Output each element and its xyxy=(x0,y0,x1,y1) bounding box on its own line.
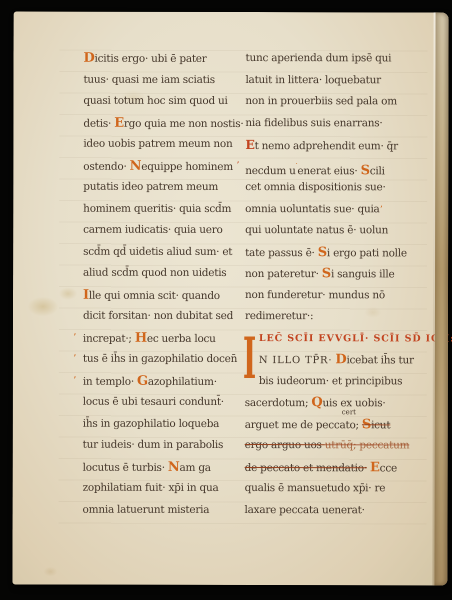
text-line: scd̄m qd̄ uidetis aliud sum· et xyxy=(83,241,235,263)
text-run: non in prouerbiis sed pala om xyxy=(245,95,397,107)
text-line: non pateretur· Si sanguis ille xyxy=(245,263,435,285)
decorated-initial: S xyxy=(322,266,331,281)
decorated-initial: S xyxy=(362,417,371,432)
text-line: aliud scd̄m quod non uidetis xyxy=(83,263,235,285)
page-fore-edge xyxy=(434,12,448,585)
decorated-initial: S xyxy=(318,245,327,260)
text-line: ergo arguo uos utrūq̄; peccatum xyxy=(245,435,435,457)
text-run: ostendo· xyxy=(83,160,129,172)
text-line: qualis ē mansuetudo xp̄i· re xyxy=(245,478,435,500)
manuscript-page: Dicitis ergo· ubi ē patertuus· quasi me … xyxy=(12,12,448,586)
decorated-initial: H xyxy=(135,330,147,345)
text-run: t nemo adprehendit eum· q̄r xyxy=(255,140,398,152)
decorated-initial: G xyxy=(137,373,148,388)
text-run: laxare peccata uenerat· xyxy=(245,504,365,516)
text-line: locus ē ubi tesauri condunt̄· xyxy=(83,392,235,414)
text-run: icitis ergo· ubi ē pater xyxy=(95,53,207,65)
decorated-initial: E xyxy=(114,115,124,130)
text-run: cet omnia dispositionis sue· xyxy=(245,181,385,193)
text-line: N ILLO TP̄R· Dicebat ih̄s tur xyxy=(245,349,435,371)
text-run: hominem queritis· quia scd̄m xyxy=(83,202,231,214)
text-run: cce xyxy=(380,462,397,474)
text-line: redimeretur·: xyxy=(245,306,435,328)
strikethrough-text: ergo arguo uos xyxy=(245,439,325,451)
margin-quote-mark: ʼ xyxy=(73,370,76,392)
text-run: i ergo pati nolle xyxy=(327,247,407,259)
text-line: carnem iudicatis· quia uero xyxy=(83,220,235,242)
margin-quote-mark: ʼ xyxy=(73,327,76,349)
text-run: increpat·; xyxy=(83,332,135,344)
text-line: detis· Ergo quia me non nostis· xyxy=(83,112,235,134)
text-line: tuus· quasi me iam sciatis xyxy=(83,69,235,91)
text-line: Dicitis ergo· ubi ē pater xyxy=(83,48,235,70)
text-run: i sanguis ille xyxy=(331,268,394,280)
text-line: ʼin templo· Gazophilatium· xyxy=(83,370,235,392)
text-run: ec uerba locu xyxy=(147,332,216,344)
text-run: sacerdotum; xyxy=(245,397,312,409)
display-capitals: N ILLO TP̄R· xyxy=(259,355,332,366)
text-line: putatis ideo patrem meum xyxy=(83,177,235,199)
text-run: omnia uoluntatis sue· quia xyxy=(245,203,379,215)
text-run: ideo uobis patrem meum non xyxy=(83,138,232,150)
text-run: ih̄s in gazophilatio loqueba xyxy=(83,417,219,429)
corrector-mark: ʼ xyxy=(380,205,383,215)
text-run: equippe hominem xyxy=(141,160,233,172)
text-run: latuit in littera· loquebatur xyxy=(245,74,380,86)
text-line: omnia uoluntatis sue· quiaʼ xyxy=(245,199,435,221)
decorated-initial: E xyxy=(245,137,254,152)
text-run: arguet me de peccato; xyxy=(245,419,362,431)
text-line: sacerdotum; Quis ex uobis· xyxy=(245,392,435,414)
text-run: nia fidelibus suis enarrans· xyxy=(245,117,382,129)
text-line: tur iudeis· dum in parabolis xyxy=(83,435,235,457)
strikethrough-text: de peccato et mendatio· xyxy=(245,462,367,474)
text-line: hominem queritis· quia scd̄m xyxy=(83,198,235,220)
manuscript-photo: Dicitis ergo· ubi ē patertuus· quasi me … xyxy=(0,0,452,600)
text-line: ostendo· Nequippe hominem xyxy=(83,155,235,177)
text-column-left: Dicitis ergo· ubi ē patertuus· quasi me … xyxy=(83,48,236,521)
text-run: scd̄m qd̄ uidetis aliud sum· et xyxy=(83,245,232,257)
decorated-initial: D xyxy=(83,51,94,66)
text-run: non funderetur· mundus nō xyxy=(245,289,385,301)
decorated-initial: N xyxy=(130,158,142,173)
text-line: tate passus ē· Si ergo pati nolle xyxy=(245,242,435,264)
text-run: putatis ideo patrem meum xyxy=(83,181,218,193)
text-run: lle qui omnia scit· quando xyxy=(89,289,220,301)
text-run: non pateretur· xyxy=(245,268,322,280)
text-line: omnia latuerunt misteria xyxy=(83,499,235,521)
text-line: tunc aperienda dum ipsē qui xyxy=(245,48,435,70)
text-line: laxare peccata uenerat· xyxy=(245,500,435,522)
margin-quote-mark: ʼ xyxy=(73,349,76,371)
text-run: redimeretur·: xyxy=(245,310,313,322)
text-run: aliud scd̄m quod non uidetis xyxy=(83,267,226,279)
text-run: enerat eius· xyxy=(297,165,360,177)
text-run: azophilatium· xyxy=(148,375,217,387)
text-run: tuus· quasi me iam sciatis xyxy=(83,73,214,85)
decorated-initial: N xyxy=(168,459,180,474)
text-line: zophilatiam fuit· xp̄i in qua xyxy=(83,478,235,500)
text-line: qui uoluntate natus ē· uolun xyxy=(245,220,435,242)
text-run: tur iudeis· dum in parabolis xyxy=(83,439,223,451)
text-line: bis iudeorum· et principibus xyxy=(245,371,435,393)
decorated-initial: E xyxy=(370,460,380,475)
text-run: dicit forsitan· non dubitat sed xyxy=(83,310,233,322)
text-line: ʼincrepat·; Hec uerba locu xyxy=(83,327,235,349)
text-run: locutus ē turbis· xyxy=(83,461,168,473)
decorated-initial: Q xyxy=(311,395,322,410)
text-run: carnem iudicatis· quia uero xyxy=(83,224,222,236)
text-line: locutus ē turbis· Nam ga xyxy=(83,456,235,478)
text-run: bis iudeorum· et principibus xyxy=(259,375,402,387)
text-run: quasi totum hoc sim quod ui xyxy=(83,95,227,107)
text-run: icebat ih̄s tur xyxy=(346,354,413,366)
text-run: cili xyxy=(370,165,385,177)
text-run: qui uoluntate natus ē· uolun xyxy=(245,224,388,236)
text-line: ʼtus ē ih̄s in gazophilatio docen̄ xyxy=(83,349,235,371)
margin-quote-mark: ʼ xyxy=(236,156,239,178)
strikethrough-text: icut xyxy=(371,419,390,431)
text-run: qualis ē mansuetudo xp̄i· re xyxy=(245,482,386,494)
text-line: LEC̄ SCĪI EVVGLĪ· SCĪI SD̄ IOH̄: xyxy=(245,328,435,350)
text-column-right: tunc aperienda dum ipsē quilatuit in lit… xyxy=(245,48,436,521)
text-run: in templo· xyxy=(83,375,137,387)
text-line: cet omnia dispositionis sue· xyxy=(245,177,435,199)
text-run: necdum u xyxy=(245,165,295,177)
text-line: latuit in littera· loquebatur xyxy=(245,70,435,92)
text-line: non funderetur· mundus nō xyxy=(245,285,435,307)
text-line: dicit forsitan· non dubitat sed xyxy=(83,306,235,328)
rubric-heading: LEC̄ SCĪI EVVGLĪ· SCĪI SD̄ IOH̄: xyxy=(259,333,452,344)
text-run: locus ē ubi tesauri condunt̄· xyxy=(83,396,224,408)
text-run: detis· xyxy=(83,117,114,129)
interlinear-gloss: cert xyxy=(342,408,356,416)
decorated-initial: D xyxy=(335,352,346,367)
text-run: tunc aperienda dum ipsē qui xyxy=(245,52,391,64)
strikethrough-text-faded: utrūq̄; peccatum xyxy=(325,439,410,451)
text-line: ideo uobis patrem meum non xyxy=(83,134,235,156)
text-line: de peccato et mendatio· Ecce xyxy=(245,457,435,479)
text-line: non in prouerbiis sed pala om xyxy=(245,91,435,113)
text-line: ʼnecdum u˙enerat eius· Scili xyxy=(245,156,435,178)
text-line: Et nemo adprehendit eum· q̄r xyxy=(245,134,435,156)
text-line: nia fidelibus suis enarrans· xyxy=(245,113,435,135)
text-run: zophilatiam fuit· xp̄i in qua xyxy=(83,482,219,494)
text-line: ih̄s in gazophilatio loqueba xyxy=(83,413,235,435)
text-run: am ga xyxy=(180,461,211,473)
text-line: Ille qui omnia scit· quando xyxy=(83,284,235,306)
text-run: rgo quia me non nostis· xyxy=(124,117,244,129)
text-line: quasi totum hoc sim quod ui xyxy=(83,91,235,113)
text-run: tate passus ē· xyxy=(245,247,318,259)
text-run: omnia latuerunt misteria xyxy=(83,503,210,515)
drop-cap-initial: I xyxy=(243,329,256,393)
text-line: certarguet me de peccato; Sicut xyxy=(245,414,435,436)
text-run: tus ē ih̄s in gazophilatio docen̄ xyxy=(83,353,237,365)
